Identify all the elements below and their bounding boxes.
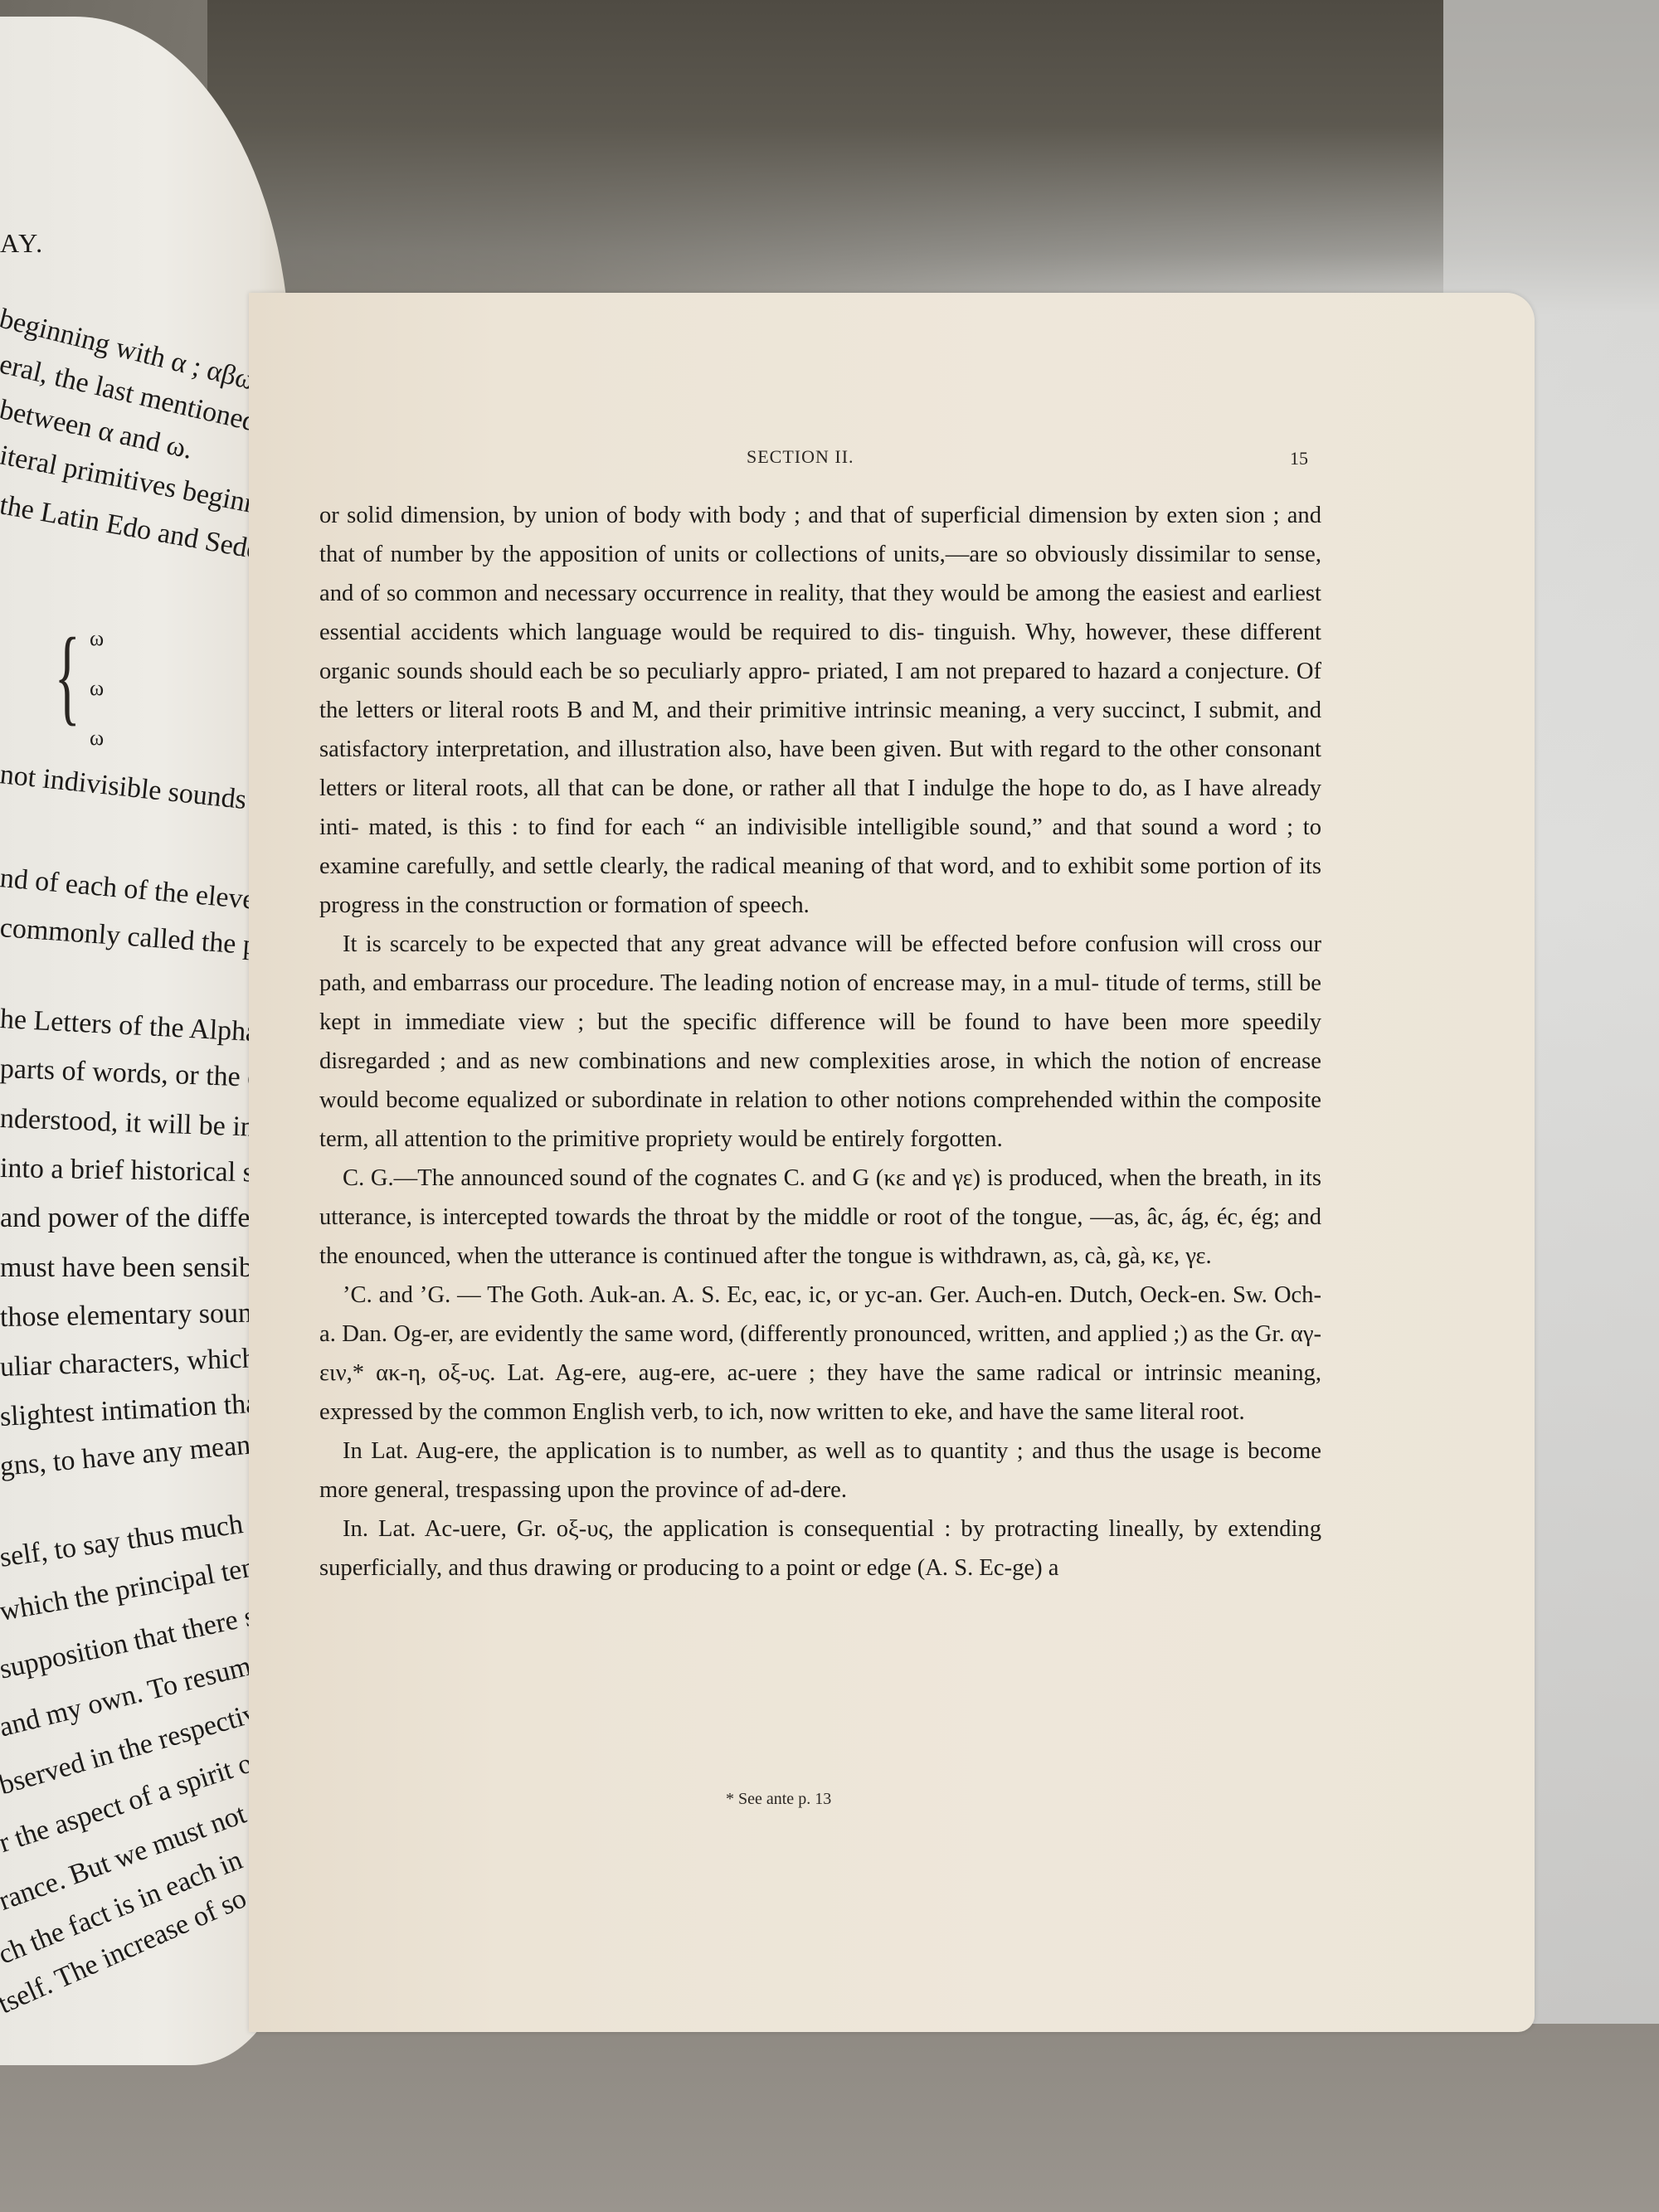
right-page: SECTION II. 15 or solid dimension, by un… bbox=[249, 293, 1535, 2032]
paragraph: C. G.—The announced sound of the cognate… bbox=[319, 1159, 1321, 1276]
left-page: AY. beginning with α ; αβω, αγω, eral, t… bbox=[0, 17, 290, 2065]
left-line: and power of the different le bbox=[0, 1203, 290, 1234]
left-line: slightest intimation that he bbox=[0, 1386, 290, 1433]
left-page-text: AY. beginning with α ; αβω, αγω, eral, t… bbox=[0, 17, 290, 2065]
left-line: into a brief historical survey bbox=[0, 1153, 290, 1190]
body-text: or solid dimension, by union of body wit… bbox=[319, 496, 1321, 1587]
brace-symbol: { bbox=[55, 622, 80, 730]
running-head: SECTION II. 15 bbox=[249, 446, 1535, 471]
omega-symbol: ω bbox=[90, 626, 104, 651]
left-line: parts of words, or the elem bbox=[0, 1053, 290, 1096]
section-title: SECTION II. bbox=[747, 446, 854, 468]
background-shadow bbox=[207, 0, 1659, 315]
left-line: he Letters of the Alphabet ; b bbox=[0, 1004, 290, 1053]
paragraph: In. Lat. Ac-uere, Gr. οξ-υς, the applica… bbox=[319, 1510, 1321, 1587]
left-line: commonly called the pronoun bbox=[0, 912, 290, 967]
left-line: those elementary sounds, an bbox=[0, 1296, 290, 1334]
left-line: nderstood, it will be imposs bbox=[0, 1103, 290, 1145]
footnote: * See ante p. 13 bbox=[726, 1790, 831, 1809]
omega-symbol: ω bbox=[90, 726, 104, 751]
paragraph: ’C. and ’G. — The Goth. Auk-an. A. S. Ec… bbox=[319, 1276, 1321, 1432]
left-line: not indivisible sounds ; that the bbox=[0, 759, 290, 827]
paragraph: or solid dimension, by union of body wit… bbox=[319, 496, 1321, 925]
left-running-head: AY. bbox=[0, 228, 44, 259]
paragraph: In Lat. Aug-ere, the application is to n… bbox=[319, 1432, 1321, 1510]
omega-symbol: ω bbox=[90, 676, 104, 701]
left-line: uliar characters, which after bbox=[0, 1341, 290, 1383]
left-line: nd of each of the eleven con bbox=[0, 863, 290, 921]
page-number: 15 bbox=[1290, 448, 1308, 469]
left-line: must have been sensible th bbox=[0, 1252, 290, 1284]
left-line: gns, to have any meaning in bbox=[0, 1424, 290, 1483]
paragraph: It is scarcely to be expected that any g… bbox=[319, 925, 1321, 1159]
